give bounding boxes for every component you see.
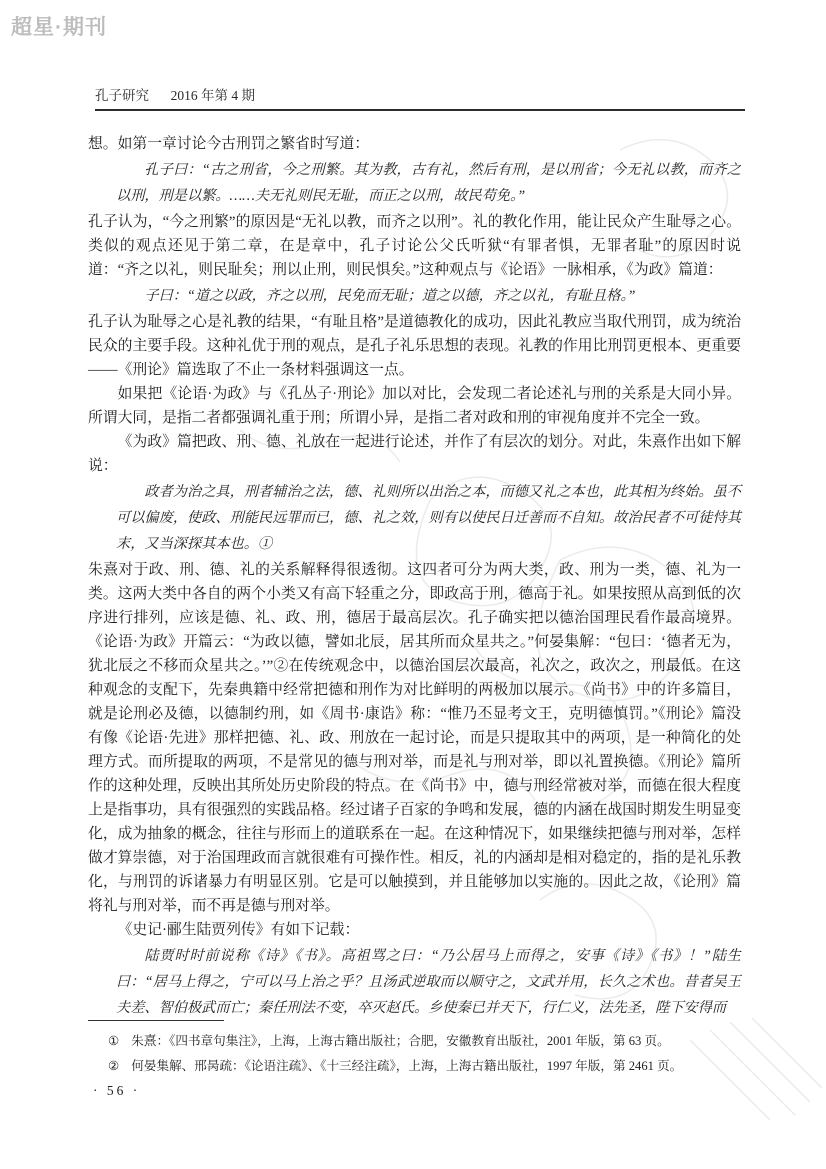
platform-brand: 超星·期刊	[11, 11, 107, 41]
paragraph: 想。如第一章讨论今古刑罚之繁省时写道：	[88, 132, 741, 156]
page-number: · 56 ·	[93, 1083, 140, 1099]
footnotes: ① 朱熹：《四书章句集注》，上海，上海古籍出版社；合肥，安徽教育出版社，2001…	[88, 1029, 745, 1079]
paragraph: 如果把《论语·为政》与《孔丛子·刑论》加以对比，会发现二者论述礼与刑的关系是大同…	[88, 382, 741, 430]
paragraph: 朱熹对于政、刑、德、礼的关系解释得很透彻。这四者可分为两大类，政、刑为一类，德、…	[88, 558, 741, 918]
paragraph: 《为政》篇把政、刑、德、礼放在一起进行论述，并作了有层次的划分。对此，朱熹作出如…	[88, 430, 741, 478]
paragraph: 孔子认为，“今之刑繁”的原因是“无礼以教，而齐之以刑”。礼的教化作用，能让民众产…	[88, 210, 741, 282]
quote-block: 孔子曰：“古之刑省，今之刑繁。其为教，古有礼，然后有刑，是以刑省；今无礼以教，而…	[88, 157, 741, 209]
footnote-text: 朱熹：《四书章句集注》，上海，上海古籍出版社；合肥，安徽教育出版社，2001 年…	[131, 1029, 745, 1054]
footnote-marker: ②	[108, 1054, 119, 1079]
paragraph: 《史记·郦生陆贾列传》有如下记载：	[88, 918, 741, 942]
header-divider	[95, 109, 745, 111]
quote-block: 政者为治之具，刑者辅治之法，德、礼则所以出治之本，而德又礼之本也，此其相为终始。…	[88, 479, 741, 557]
footnote-item: ② 何晏集解、邢昺疏：《论语注疏》、《十三经注疏》，上海，上海古籍出版社，199…	[88, 1054, 745, 1079]
footnote-marker: ①	[108, 1029, 119, 1054]
journal-title: 孔子研究	[95, 88, 149, 103]
journal-page: 超星·期刊 孔子研究2016 年第 4 期 想。如第一章讨论今古刑罚之繁省时写道…	[0, 0, 826, 1169]
footnote-item: ① 朱熹：《四书章句集注》，上海，上海古籍出版社；合肥，安徽教育出版社，2001…	[88, 1029, 745, 1054]
journal-header: 孔子研究2016 年第 4 期	[95, 84, 745, 104]
journal-issue: 2016 年第 4 期	[171, 88, 255, 103]
footnote-divider	[88, 1020, 224, 1021]
quote-block: 子曰：“道之以政，齐之以刑，民免而无耻；道之以德，齐之以礼，有耻且格。”	[88, 283, 741, 309]
article-body: 想。如第一章讨论今古刑罚之繁省时写道： 孔子曰：“古之刑省，今之刑繁。其为教，古…	[88, 132, 741, 1022]
quote-block: 陆贾时时前说称《诗》《书》。高祖骂之曰：“乃公居马上而得之，安事《诗》《书》！”…	[88, 943, 741, 1021]
footnote-text: 何晏集解、邢昺疏：《论语注疏》、《十三经注疏》，上海，上海古籍出版社，1997 …	[131, 1054, 745, 1079]
paragraph: 孔子认为耻辱之心是礼教的结果，“有耻且格”是道德教化的成功，因此礼教应当取代刑罚…	[88, 310, 741, 382]
